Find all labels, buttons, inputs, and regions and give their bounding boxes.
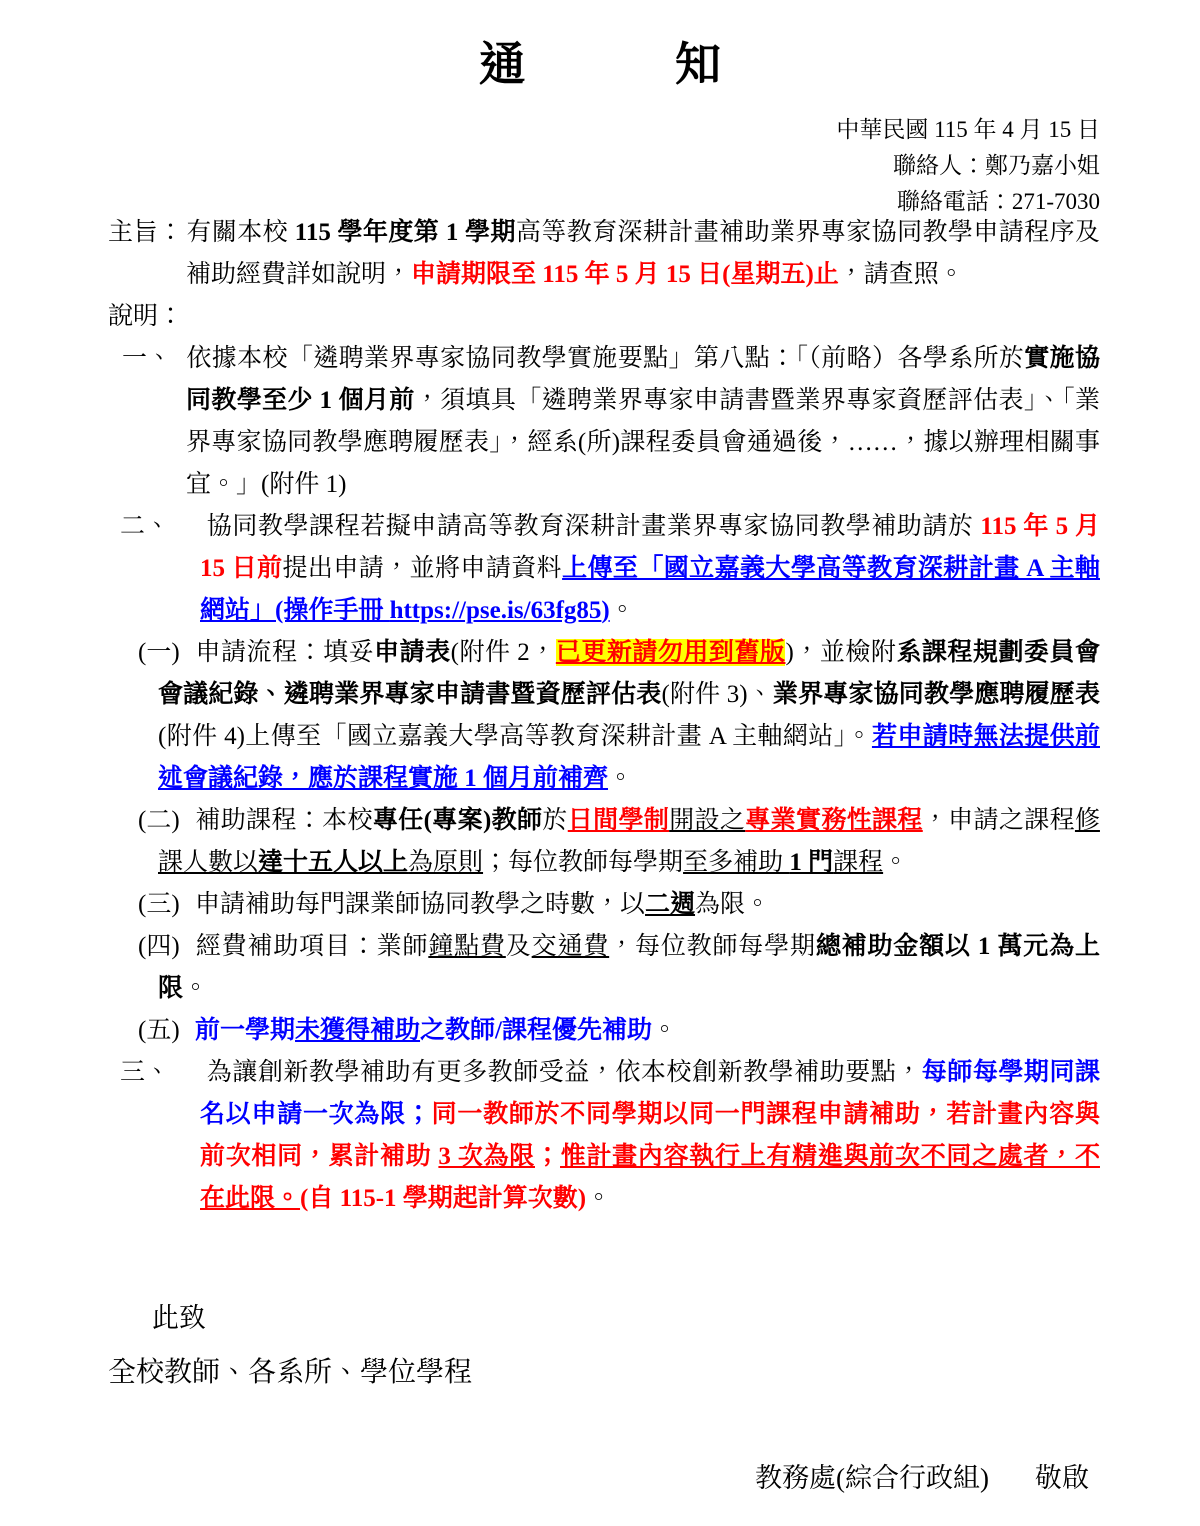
paragraph-label: 一、 <box>122 338 186 380</box>
paragraph-item-2: 二、 協同教學課程若擬申請高等教育深耕計畫業界專家協同教學補助請於 115 年 … <box>108 506 1100 632</box>
text-run: 二週 <box>645 891 695 918</box>
text-run: 已更新請勿用到舊版 <box>556 639 786 666</box>
title-char: 通 <box>479 40 525 91</box>
text-run: 。 <box>586 1185 611 1212</box>
text-run: 有關本校 <box>186 219 295 246</box>
text-run: 協同教學課程若擬申請高等教育深耕計畫業界專家協同教學補助請於 <box>200 513 980 540</box>
text-run: ，申請之課程 <box>923 807 1075 834</box>
text-run: 提出申請，並將申請資料 <box>283 555 563 582</box>
text-run: 。 <box>652 1017 677 1044</box>
text-run: 3 次為限 <box>438 1143 535 1170</box>
text-run: 前一學期 <box>195 1017 295 1044</box>
paragraph-sub-item-4: (四)經費補助項目：業師鐘點費及交通費，每位教師每學期總補助金額以 1 萬元為上… <box>108 926 1100 1010</box>
notice-document-page: 通知 中華民國 115 年 4 月 15 日 聯絡人：鄭乃嘉小姐 聯絡電話：27… <box>0 0 1200 1526</box>
text-run: 。 <box>610 597 635 624</box>
text-run: 日間學制 <box>568 807 669 834</box>
text-run: (自 115-1 學期起計算次數) <box>300 1185 586 1212</box>
paragraph-label: 主旨： <box>108 212 186 254</box>
text-run: (附件 2， <box>451 639 556 666</box>
text-run: 開設之 <box>669 807 745 834</box>
text-run: ； <box>535 1143 560 1170</box>
text-run: 之教師/課程優先補助 <box>420 1017 652 1044</box>
text-run: ，請查照。 <box>839 261 964 288</box>
text-run: 至多補助 <box>683 849 789 876</box>
text-run: 業界專家協同教學應聘履歷表 <box>773 681 1100 708</box>
paragraph-label: (一) <box>138 632 195 674</box>
paragraph-sub-item-5: (五)前一學期未獲得補助之教師/課程優先補助。 <box>108 1010 1100 1052</box>
paragraph-label: 二、 <box>120 506 200 548</box>
text-run: 。 <box>183 975 208 1002</box>
text-run: 申請補助每門課業師協同教學之時數，以 <box>195 891 645 918</box>
text-run: ) <box>601 597 609 624</box>
text-run: 申請期限至 115 年 5 月 15 日(星期五)止 <box>411 261 839 288</box>
issuing-office: 教務處(綜合行政組) <box>755 1456 989 1495</box>
text-run: 115 學年度第 1 學期 <box>295 219 516 246</box>
text-run: ；每位教師每學期 <box>483 849 683 876</box>
text-run: 課程 <box>833 849 883 876</box>
document-header: 中華民國 115 年 4 月 15 日 聯絡人：鄭乃嘉小姐 聯絡電話：271-7… <box>836 112 1100 220</box>
contact-person: 聯絡人：鄭乃嘉小姐 <box>836 148 1100 184</box>
salute-line: 此致 <box>152 1296 206 1335</box>
title-char: 知 <box>675 40 721 91</box>
text-run: 鐘點費 <box>428 933 506 960</box>
paragraph-label: 三、 <box>120 1052 200 1094</box>
paragraph-label: (二) <box>138 800 195 842</box>
text-run: 1 門 <box>789 849 833 876</box>
text-run: 專任(專案)教師 <box>373 807 543 834</box>
paragraph-label: (五) <box>138 1010 195 1052</box>
text-run: 交通費 <box>532 933 610 960</box>
text-run: 說明： <box>108 303 183 330</box>
paragraph-label: (四) <box>138 926 195 968</box>
paragraph-explanation-heading: 說明： <box>108 296 1100 338</box>
document-date: 中華民國 115 年 4 月 15 日 <box>836 112 1100 148</box>
hyperlink[interactable]: https://pse.is/63fg85 <box>390 597 602 624</box>
text-run: 為限。 <box>695 891 770 918</box>
text-run: 經費補助項目：業師 <box>195 933 428 960</box>
paragraph-label: (三) <box>138 884 195 926</box>
paragraph-subject: 主旨：有關本校 115 學年度第 1 學期高等教育深耕計畫補助業界專家協同教學申… <box>108 212 1100 296</box>
document-body: 主旨：有關本校 115 學年度第 1 學期高等教育深耕計畫補助業界專家協同教學申… <box>108 212 1100 1220</box>
text-run: 。 <box>883 849 908 876</box>
text-run: (附件 3)、 <box>661 681 772 708</box>
text-run: 專業實務性課程 <box>745 807 923 834</box>
text-run: 為原則 <box>408 849 483 876</box>
paragraph-item-3: 三、 為讓創新教學補助有更多教師受益，依本校創新教學補助要點，每師每學期同課名以… <box>108 1052 1100 1220</box>
text-run: 於 <box>542 807 567 834</box>
text-run: 未獲得補助 <box>295 1017 420 1044</box>
closing-word: 敬啟 <box>1035 1456 1089 1495</box>
paragraph-sub-item-1: (一)申請流程：填妥申請表(附件 2，已更新請勿用到舊版)，並檢附系課程規劃委員… <box>108 632 1100 800</box>
paragraph-sub-item-2: (二)補助課程：本校專任(專案)教師於日間學制開設之專業實務性課程，申請之課程修… <box>108 800 1100 884</box>
text-run: 申請流程：填妥 <box>195 639 374 666</box>
document-title: 通知 <box>0 40 1200 91</box>
paragraph-sub-item-3: (三)申請補助每門課業師協同教學之時數，以二週為限。 <box>108 884 1100 926</box>
text-run: 補助課程：本校 <box>195 807 373 834</box>
text-run: )，並檢附 <box>785 639 896 666</box>
text-run: 達十五人以上 <box>258 849 408 876</box>
text-run: (附件 4)上傳至「國立嘉義大學高等教育深耕計畫 A 主軸網站」。 <box>158 723 872 750</box>
text-run: 及 <box>506 933 532 960</box>
signature-row: 教務處(綜合行政組) 敬啟 <box>755 1456 1089 1495</box>
text-run: 為讓創新教學補助有更多教師受益，依本校創新教學補助要點， <box>200 1059 922 1086</box>
text-run: 。 <box>608 765 633 792</box>
recipients-line: 全校教師、各系所、學位學程 <box>108 1350 472 1390</box>
paragraph-item-1: 一、依據本校「遴聘業界專家協同教學實施要點」第八點：「（前略）各學系所於實施協同… <box>108 338 1100 506</box>
text-run: 申請表 <box>374 639 451 666</box>
text-run: ，每位教師每學期 <box>609 933 816 960</box>
text-run: 依據本校「遴聘業界專家協同教學實施要點」第八點：「（前略）各學系所於 <box>186 345 1024 372</box>
